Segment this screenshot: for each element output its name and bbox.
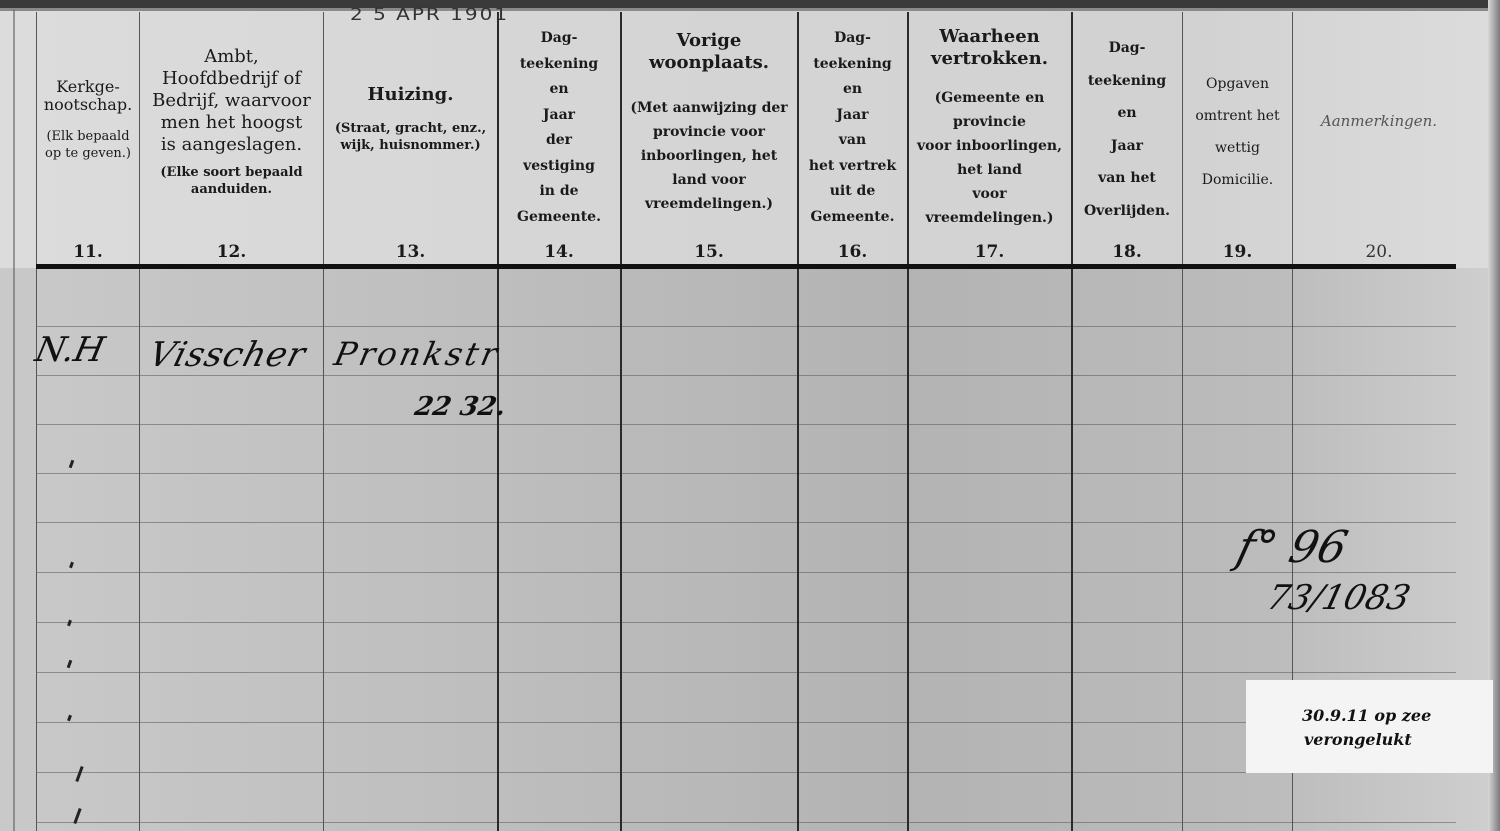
note-line-1: 30.9.11 op zee [1302,706,1431,725]
tally-mark [67,660,73,669]
ledger-line [36,722,1456,723]
column-number: 12. [140,242,323,262]
column-title: Ambt, Hoofdbedrijf of Bedrijf, waarvoor … [152,46,311,156]
handwritten-kerkgenootschap: N.H [32,330,109,370]
column-header-11: Kerkge- nootschap. (Elk bepaald op te ge… [37,14,139,262]
column-number: 18. [1072,242,1182,262]
ledger-line [36,473,1456,474]
handwritten-house-number: 22 32. [412,392,508,422]
column-header-15: Vorige woonplaats. (Met aanwijzing der p… [621,14,797,262]
tally-mark [69,460,75,469]
column-header-12: Ambt, Hoofdbedrijf of Bedrijf, waarvoor … [140,14,323,262]
column-subtitle: (Elke soort bepaald aanduiden. [160,164,302,198]
column-number: 17. [908,242,1071,262]
tally-mark [67,620,72,627]
column-subtitle: (Straat, gracht, enz., wijk, huisnommer.… [335,120,486,154]
column-title: Aanmerkingen. [1321,112,1437,130]
ledger-line [36,424,1456,425]
column-title: Vorige woonplaats. [649,30,769,74]
tally-mark [75,766,83,782]
column-number: 20. [1293,242,1465,262]
binding-edge [13,10,15,831]
column-header-19: Opgaven omtrent het wettig Domicilie. 19… [1183,14,1292,262]
page-top-rule [0,8,1500,11]
handwritten-folio: f° 96 [1232,522,1353,573]
page-top-edge [0,0,1500,8]
column-header-14: Dag- teekening en Jaar der vestiging in … [498,14,620,262]
tally-mark [69,562,74,569]
column-subtitle: (Elk bepaald op te geven.) [45,128,131,162]
column-title: Kerkge- nootschap. [44,78,132,114]
handwritten-street: Pronkstr [331,335,504,373]
ledger-line [36,375,1456,376]
header-bottom-rule [36,264,1456,269]
ledger-line [36,772,1456,773]
column-number: 11. [37,242,139,262]
handwritten-reference: 73/1083 [1263,578,1414,618]
note-line-2: verongelukt [1304,730,1412,749]
column-number: 19. [1183,242,1292,262]
column-header-18: Dag- teekening en Jaar van het Overlijde… [1072,14,1182,262]
column-header-13: Huizing. (Straat, gracht, enz., wijk, hu… [324,14,497,262]
ledger-line [36,326,1456,327]
pasted-annotation-note: 30.9.11 op zee verongelukt [1246,680,1493,773]
column-number: 16. [798,242,907,262]
column-number: 13. [324,242,497,262]
column-title: Opgaven omtrent het wettig Domicilie. [1195,68,1279,196]
column-header-20: Aanmerkingen. 20. [1293,14,1465,262]
column-title: Dag- teekening en Jaar der vestiging in … [517,26,601,230]
column-header-16: Dag- teekening en Jaar van het vertrek u… [798,14,907,262]
column-number: 14. [498,242,620,262]
ledger-line [36,672,1456,673]
column-number: 15. [621,242,797,262]
ledger-line [36,822,1456,823]
column-title: Dag- teekening en Jaar van het vertrek u… [809,26,896,230]
tally-mark [67,715,72,722]
column-title: Waarheen vertrokken. [931,26,1048,70]
ledger-line [36,622,1456,623]
column-title: Huizing. [368,86,454,104]
column-subtitle: (Gemeente en provincie voor inboorlingen… [910,86,1069,230]
column-header-17: Waarheen vertrokken. (Gemeente en provin… [908,14,1071,262]
handwritten-occupation: Visscher [145,335,311,375]
column-subtitle: (Met aanwijzing der provincie voor inboo… [630,96,787,216]
column-title: Dag- teekening en Jaar van het Overlijde… [1084,32,1170,227]
